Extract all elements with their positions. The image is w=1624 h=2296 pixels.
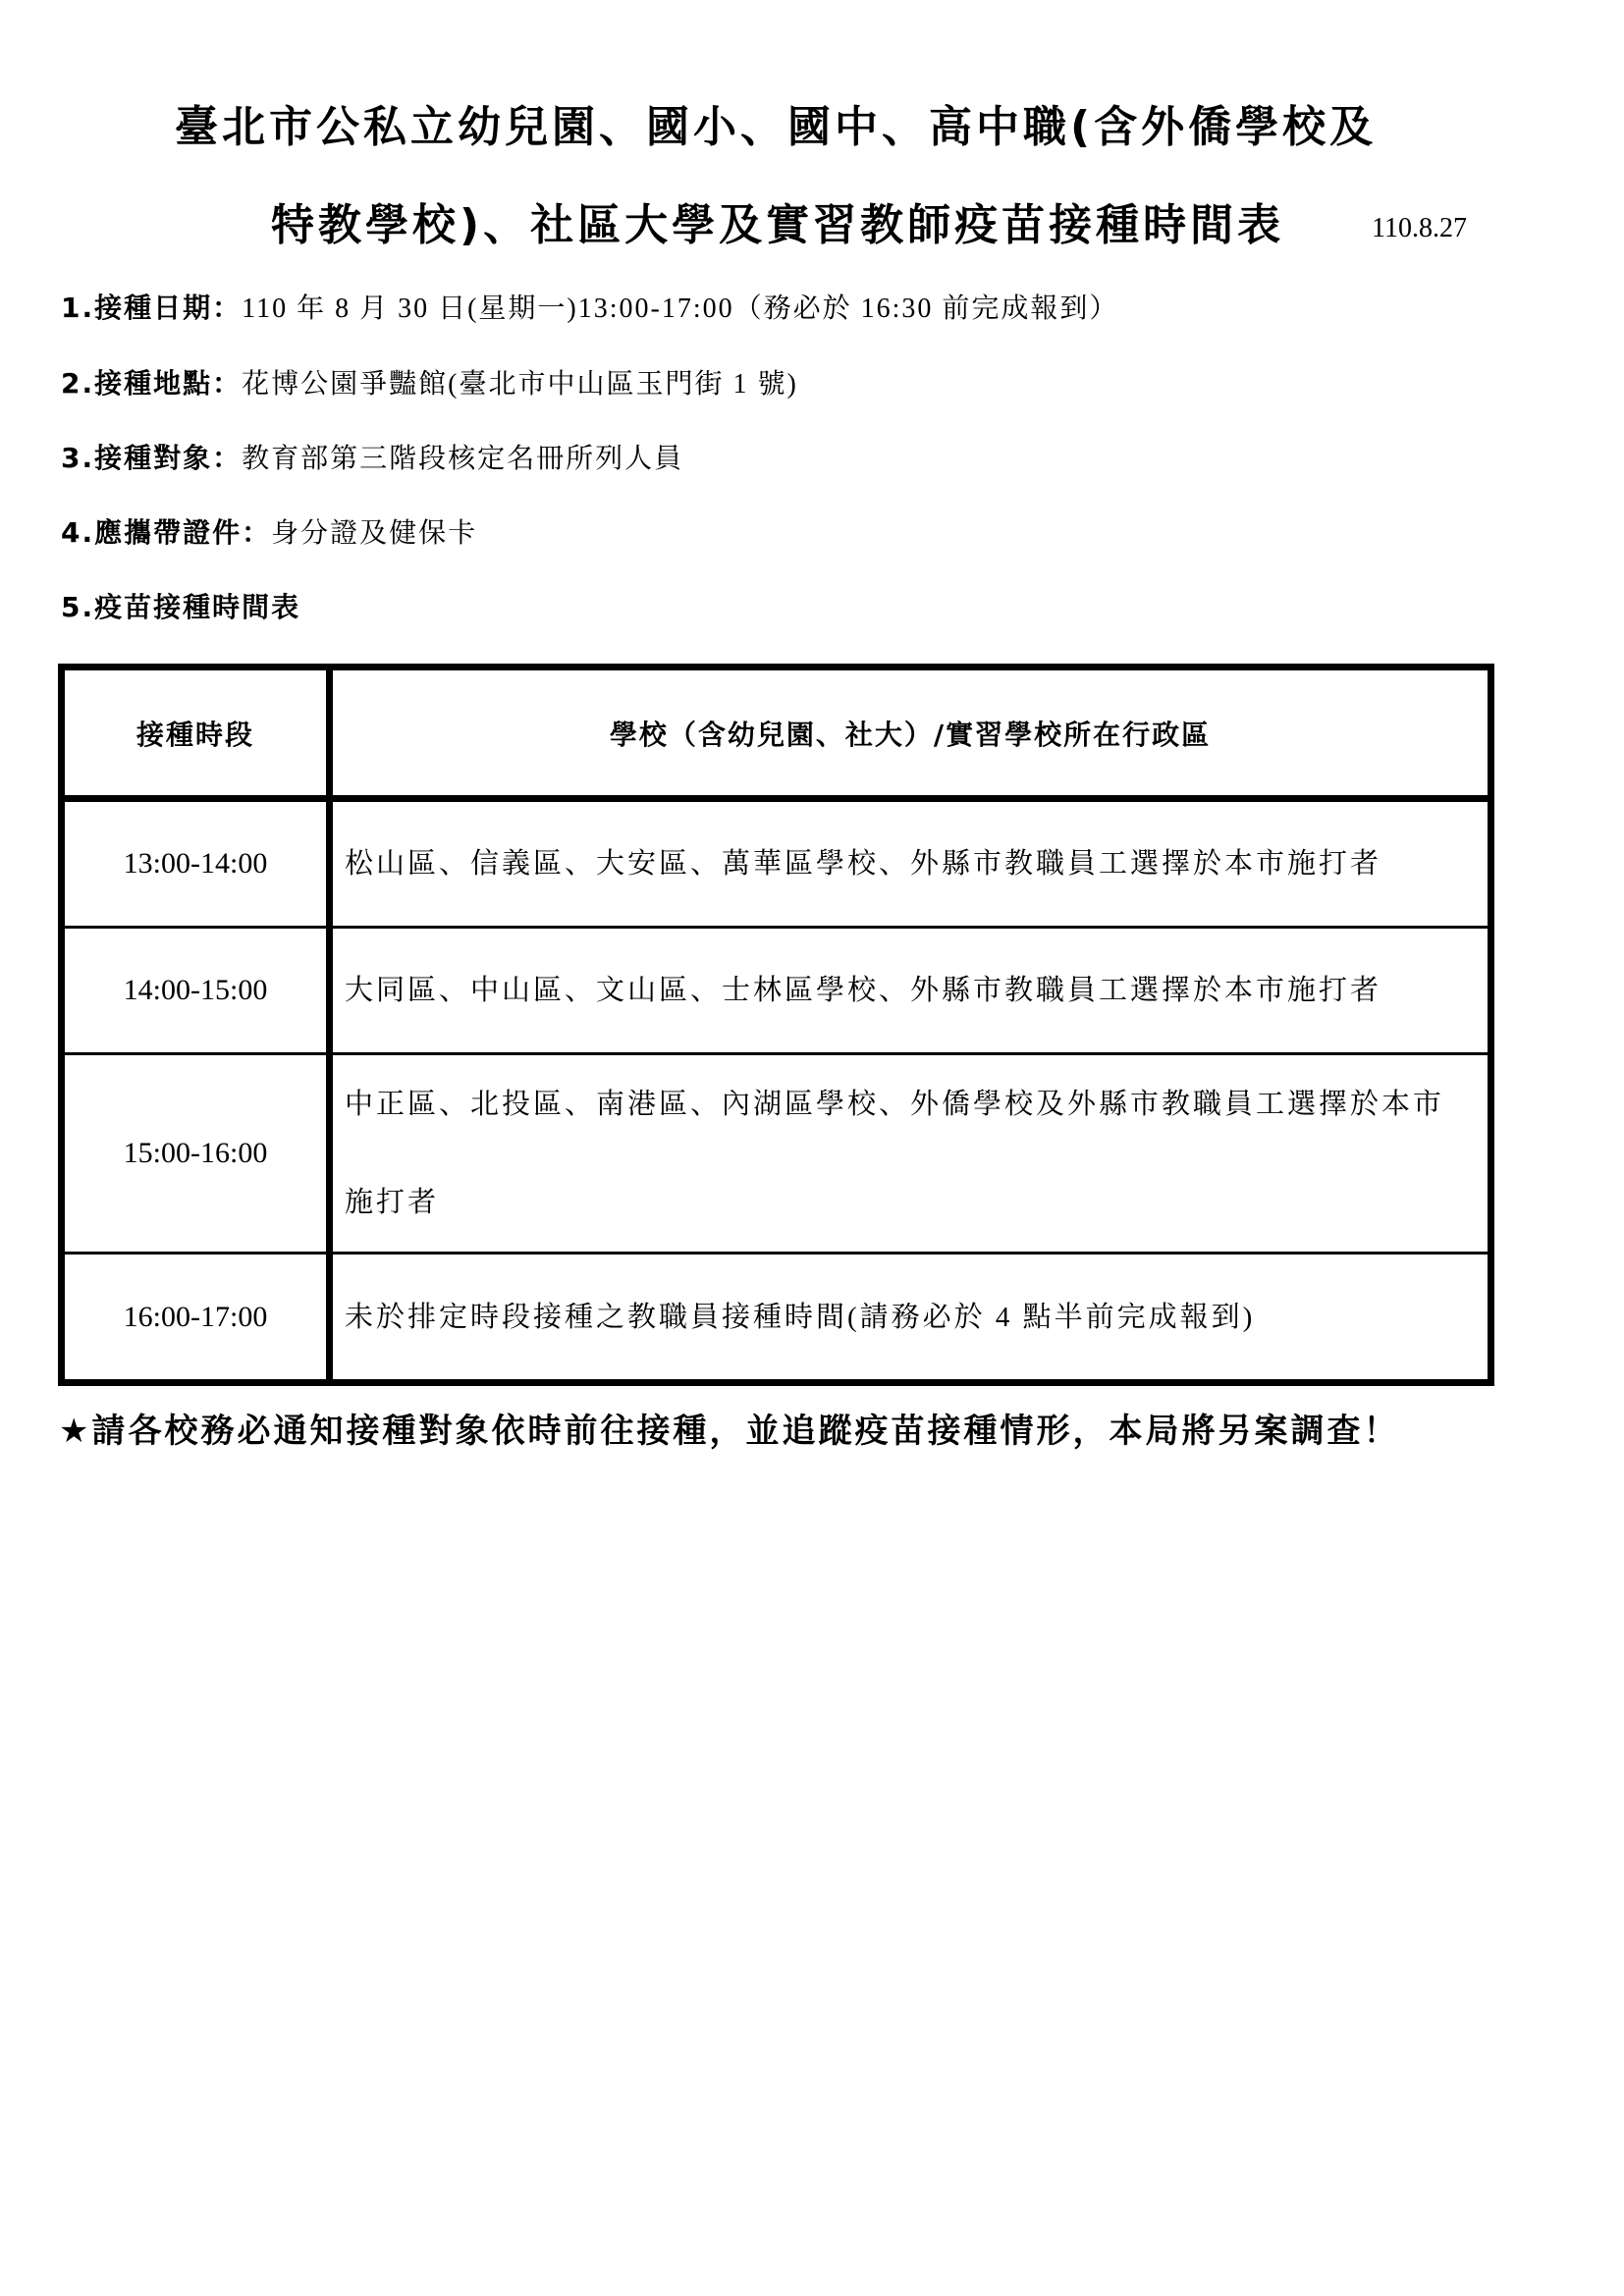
district-text-continued: 施打者 <box>345 1153 1488 1252</box>
info-label: 2.接種地點： <box>61 367 242 400</box>
info-label: 5.疫苗接種時間表 <box>61 591 300 623</box>
header-district: 學校（含幼兒園、社大）/實習學校所在行政區 <box>330 667 1491 799</box>
time-slot-cell: 15:00-16:00 <box>62 1054 330 1254</box>
info-value: 身分證及健保卡 <box>271 518 477 549</box>
info-value: 花博公園爭豔館(臺北市中山區玉門街 1 號) <box>242 369 798 400</box>
page-title-line-2: 特教學校)、社區大學及實習教師疫苗接種時間表 <box>271 204 1284 247</box>
district-cell: 大同區、中山區、文山區、士林區學校、外縣市教職員工選擇於本市施打者 <box>330 928 1491 1054</box>
time-slot-cell: 13:00-14:00 <box>62 799 330 928</box>
info-schedule-heading: 5.疫苗接種時間表 <box>61 594 300 622</box>
vaccination-schedule-table: 接種時段 學校（含幼兒園、社大）/實習學校所在行政區 13:00-14:00 松… <box>58 664 1494 1386</box>
table-row: 16:00-17:00 未於排定時段接種之教職員接種時間(請務必於 4 點半前完… <box>62 1254 1491 1383</box>
time-slot-cell: 16:00-17:00 <box>62 1254 330 1383</box>
district-cell: 松山區、信義區、大安區、萬華區學校、外縣市教職員工選擇於本市施打者 <box>330 799 1491 928</box>
info-required-documents: 4.應攜帶證件：身分證及健保卡 <box>61 519 477 548</box>
info-label: 1.接種日期： <box>61 292 242 324</box>
table-row: 15:00-16:00 中正區、北投區、南港區、內湖區學校、外僑學校及外縣市教職… <box>62 1054 1491 1254</box>
district-text: 未於排定時段接種之教職員接種時間(請務必於 4 點半前完成報到) <box>345 1268 1488 1366</box>
district-cell: 中正區、北投區、南港區、內湖區學校、外僑學校及外縣市教職員工選擇於本市 施打者 <box>330 1054 1491 1254</box>
info-vaccination-location: 2.接種地點：花博公園爭豔館(臺北市中山區玉門街 1 號) <box>61 370 798 399</box>
document-date: 110.8.27 <box>1372 215 1467 242</box>
info-label: 4.應攜帶證件： <box>61 516 271 549</box>
time-slot-cell: 14:00-15:00 <box>62 928 330 1054</box>
info-vaccination-target: 3.接種對象：教育部第三階段核定名冊所列人員 <box>61 445 683 473</box>
district-text: 松山區、信義區、大安區、萬華區學校、外縣市教職員工選擇於本市施打者 <box>345 815 1488 913</box>
district-text: 大同區、中山區、文山區、士林區學校、外縣市教職員工選擇於本市施打者 <box>345 941 1488 1040</box>
table-header-row: 接種時段 學校（含幼兒園、社大）/實習學校所在行政區 <box>62 667 1491 799</box>
info-vaccination-date: 1.接種日期：110 年 8 月 30 日(星期一)13:00-17:00（務必… <box>61 294 1118 323</box>
district-text: 中正區、北投區、南港區、內湖區學校、外僑學校及外縣市教職員工選擇於本市 <box>345 1055 1488 1153</box>
notice-text: ★請各校務必通知接種對象依時前往接種，並追蹤疫苗接種情形，本局將另案調查！ <box>59 1415 1399 1448</box>
info-label: 3.接種對象： <box>61 442 242 474</box>
page-title-line-1: 臺北市公私立幼兒園、國小、國中、高中職(含外僑學校及 <box>175 106 1377 149</box>
table-row: 13:00-14:00 松山區、信義區、大安區、萬華區學校、外縣市教職員工選擇於… <box>62 799 1491 928</box>
info-value: 110 年 8 月 30 日(星期一)13:00-17:00（務必於 16:30… <box>242 294 1118 324</box>
district-cell: 未於排定時段接種之教職員接種時間(請務必於 4 點半前完成報到) <box>330 1254 1491 1383</box>
header-time-slot: 接種時段 <box>62 667 330 799</box>
info-value: 教育部第三階段核定名冊所列人員 <box>242 444 683 474</box>
table-row: 14:00-15:00 大同區、中山區、文山區、士林區學校、外縣市教職員工選擇於… <box>62 928 1491 1054</box>
